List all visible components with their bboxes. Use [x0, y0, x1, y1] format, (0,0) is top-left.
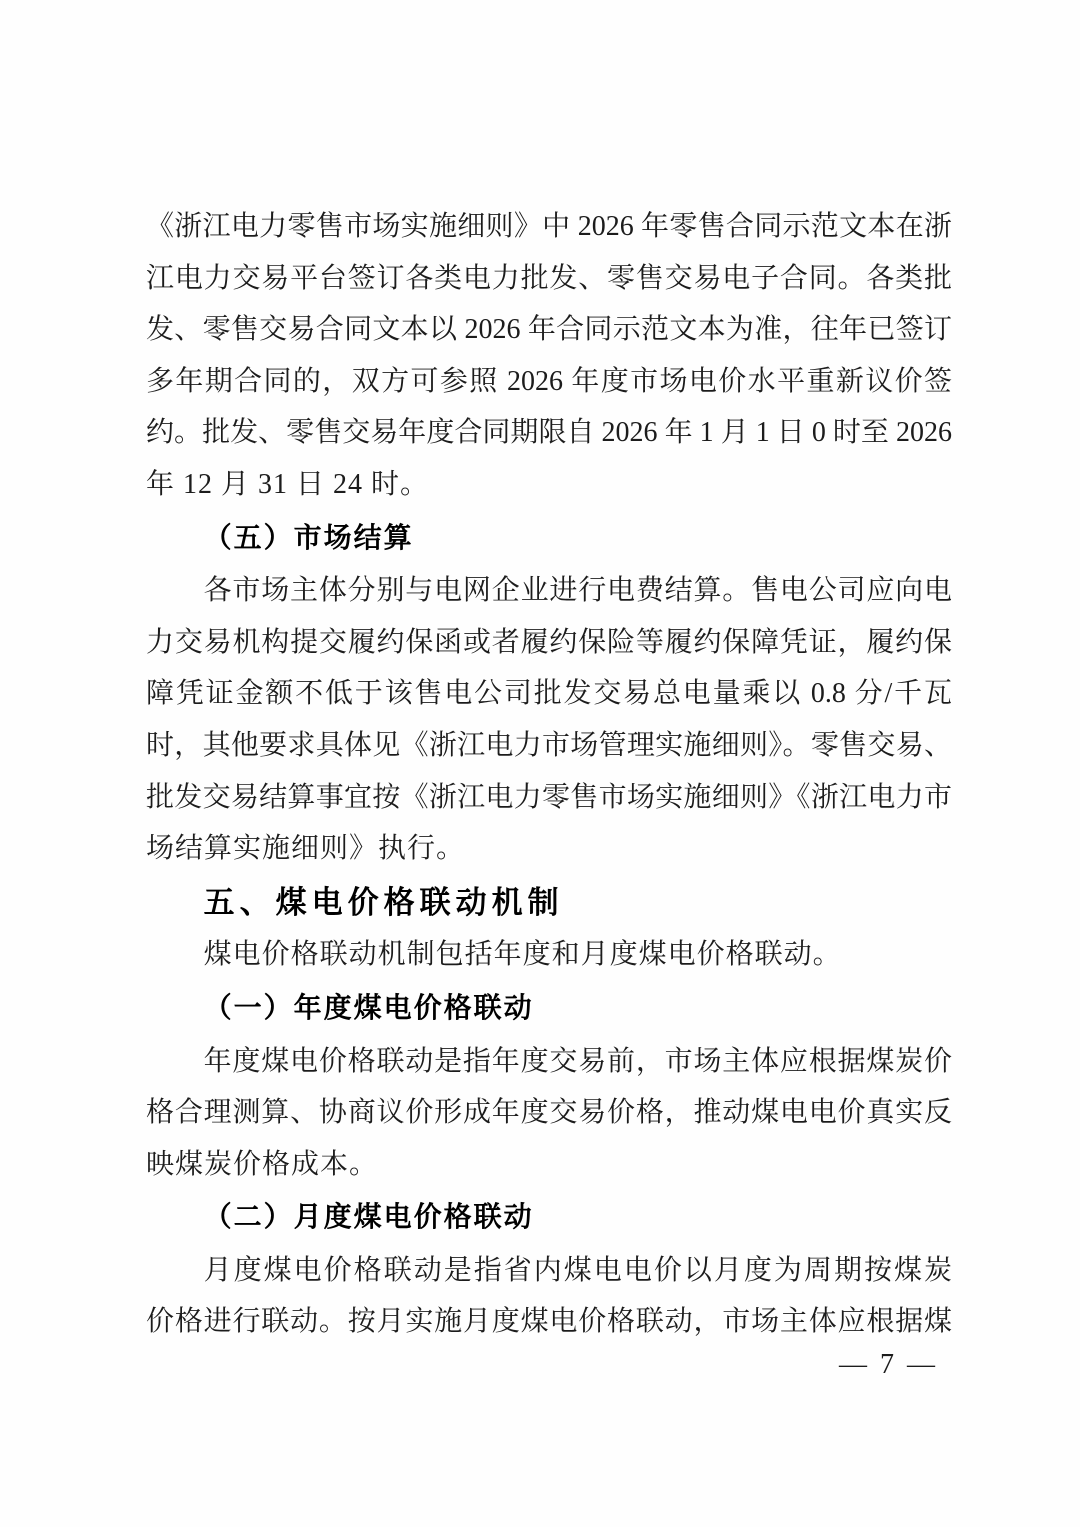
body-line: 批发交易结算事宜按《浙江电力零售市场实施细则》《浙江电力市 — [146, 772, 952, 824]
body-line: 年 12 月 31 日 24 时。 — [146, 459, 952, 511]
body-line: 各市场主体分别与电网企业进行电费结算。售电公司应向电 — [146, 565, 952, 617]
heading-annual-coal-price-linkage: （一）年度煤电价格联动 — [146, 983, 952, 1035]
heading-monthly-coal-price-linkage: （二）月度煤电价格联动 — [146, 1192, 952, 1244]
body-line: 约。批发、零售交易年度合同期限自 2026 年 1 月 1 日 0 时至 202… — [146, 407, 952, 459]
body-line: 场结算实施细则》执行。 — [146, 823, 952, 875]
page-number: — 7 — — [839, 1341, 938, 1389]
heading-market-settlement: （五）市场结算 — [146, 513, 952, 565]
body-line: 年度煤电价格联动是指年度交易前，市场主体应根据煤炭价 — [146, 1036, 952, 1088]
document-body: 《浙江电力零售市场实施细则》中 2026 年零售合同示范文本在浙 江电力交易平台… — [146, 201, 952, 1348]
body-line: 月度煤电价格联动是指省内煤电电价以月度为周期按煤炭 — [146, 1245, 952, 1297]
body-line: 发、零售交易合同文本以 2026 年合同示范文本为准，往年已签订 — [146, 304, 952, 356]
body-line: 障凭证金额不低于该售电公司批发交易总电量乘以 0.8 分/千瓦 — [146, 668, 952, 720]
body-line: 格合理测算、协商议价形成年度交易价格，推动煤电电价真实反 — [146, 1087, 952, 1139]
body-line: 价格进行联动。按月实施月度煤电价格联动，市场主体应根据煤 — [146, 1296, 952, 1348]
scanned-document-page: 《浙江电力零售市场实施细则》中 2026 年零售合同示范文本在浙 江电力交易平台… — [0, 0, 1080, 1527]
body-line: 映煤炭价格成本。 — [146, 1139, 952, 1191]
heading-coal-price-linkage-chapter: 五、煤电价格联动机制 — [146, 877, 952, 929]
body-line: 《浙江电力零售市场实施细则》中 2026 年零售合同示范文本在浙 — [146, 201, 952, 253]
body-line: 时，其他要求具体见《浙江电力市场管理实施细则》。零售交易、 — [146, 720, 952, 772]
body-line: 江电力交易平台签订各类电力批发、零售交易电子合同。各类批 — [146, 253, 952, 305]
body-line: 力交易机构提交履约保函或者履约保险等履约保障凭证，履约保 — [146, 617, 952, 669]
body-line: 煤电价格联动机制包括年度和月度煤电价格联动。 — [146, 929, 952, 981]
body-line: 多年期合同的，双方可参照 2026 年度市场电价水平重新议价签 — [146, 356, 952, 408]
